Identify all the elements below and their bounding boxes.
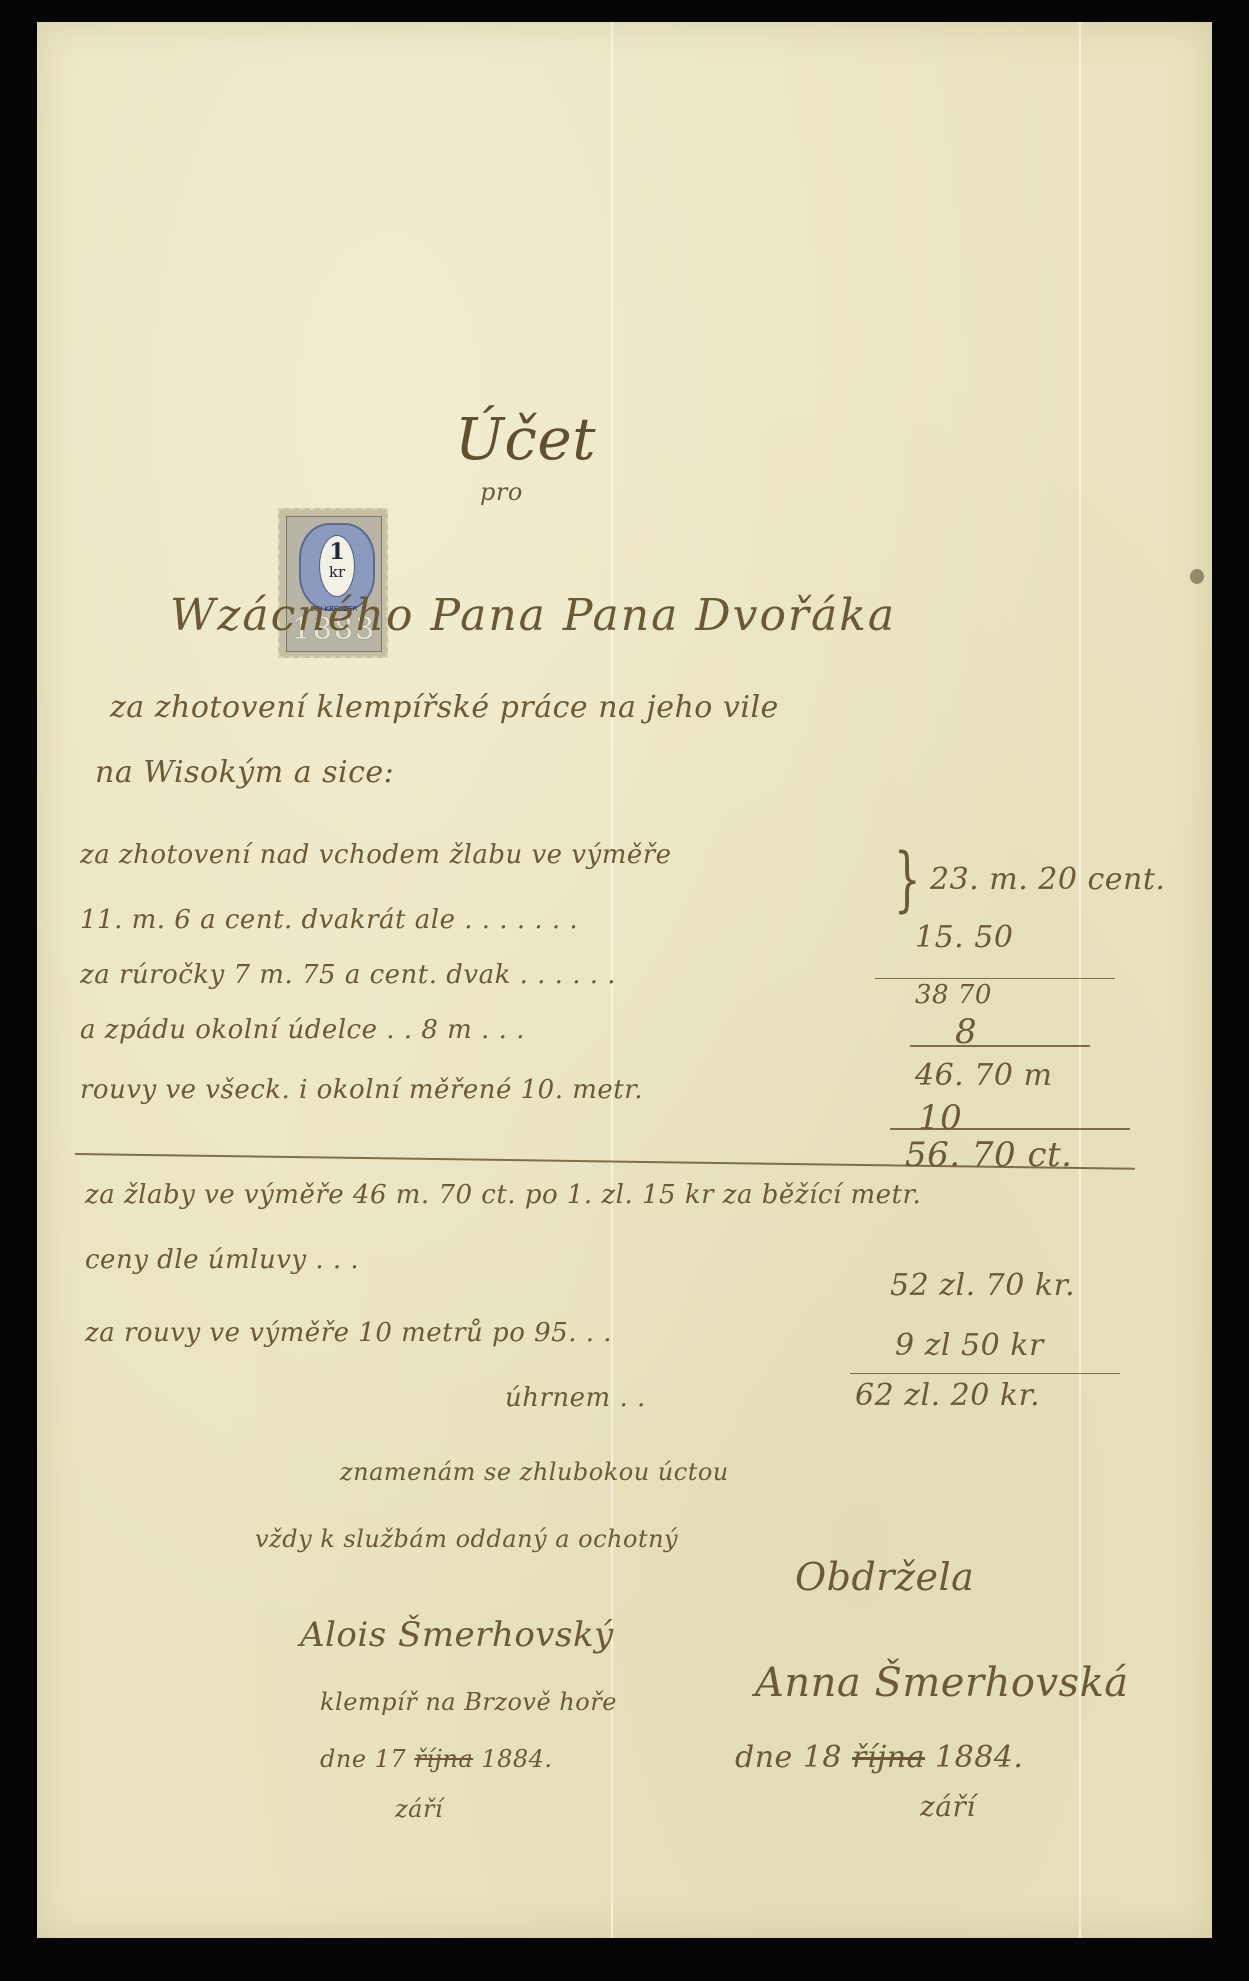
- sum-rule: [890, 1128, 1130, 1130]
- sum-rule: [875, 978, 1115, 979]
- intro-line-1: za zhotovení klempířské práce na jeho vi…: [110, 690, 779, 725]
- document-title: Účet: [455, 405, 596, 473]
- signer-date-prefix: dne 17: [320, 1745, 406, 1773]
- item-amount: 46. 70 m: [915, 1058, 1052, 1093]
- stamp-unit: kr: [320, 564, 354, 580]
- item-amount: 23. m. 20 cent.: [930, 862, 1165, 897]
- closing-line-2: vždy k službám oddaný a ochotný: [255, 1525, 678, 1553]
- item-description: 11. m. 6 a cent. dvakrát ale . . . . . .…: [80, 905, 578, 935]
- receiver-date-prefix: dne 18: [735, 1740, 842, 1775]
- signer-date-correction: září: [395, 1795, 443, 1823]
- receiver-date-correction: září: [920, 1790, 976, 1823]
- total-amount: 62 zl. 20 kr.: [855, 1378, 1040, 1413]
- total-rule: [850, 1373, 1120, 1374]
- signer-date: dne 17 října 1884.: [320, 1745, 553, 1773]
- stamp-value: 1: [320, 540, 354, 564]
- billing-amount: 9 zl 50 kr: [895, 1328, 1044, 1363]
- stamp-value-oval: 1 kr: [319, 535, 355, 597]
- ink-spot: [1190, 569, 1204, 584]
- billing-amount: 52 zl. 70 kr.: [890, 1268, 1075, 1303]
- receiver-date: dne 18 října 1884.: [735, 1740, 1023, 1775]
- item-description: a zpádu okolní údelce . . 8 m . . .: [80, 1015, 525, 1045]
- receiver-date-struck-month: října: [852, 1740, 925, 1775]
- receiver-name: Anna Šmerhovská: [755, 1660, 1129, 1706]
- billing-line: ceny dle úmluvy . . .: [85, 1245, 359, 1275]
- item-amount: 15. 50: [915, 920, 1013, 955]
- intro-line-2: na Wisokým a sice:: [95, 755, 394, 790]
- signer-date-struck-month: října: [414, 1745, 473, 1773]
- signer-name: Alois Šmerhovský: [300, 1615, 614, 1655]
- signer-date-year: 1884.: [481, 1745, 552, 1773]
- total-label: úhrnem . .: [505, 1383, 646, 1413]
- closing-line-1: znamenám se zhlubokou úctou: [340, 1458, 729, 1486]
- item-amount: 38 70: [915, 980, 992, 1010]
- receiver-date-year: 1884.: [935, 1740, 1023, 1775]
- subtotal-amount: 56. 70 ct.: [905, 1135, 1072, 1175]
- for-label: pro: [480, 478, 523, 506]
- billing-line: za žlaby ve výměře 46 m. 70 ct. po 1. zl…: [85, 1180, 921, 1210]
- fold-line: [1079, 22, 1081, 1938]
- sum-rule: [910, 1045, 1090, 1047]
- billing-line: za rouvy ve výměře 10 metrů po 95. . .: [85, 1318, 612, 1348]
- item-description: rouvy ve všeck. i okolní měřené 10. metr…: [80, 1075, 643, 1105]
- item-description: za rúročky 7 m. 75 a cent. dvak . . . . …: [80, 960, 616, 990]
- received-label: Obdržela: [795, 1555, 974, 1599]
- signer-title: klempíř na Brzově hoře: [320, 1688, 617, 1716]
- item-description: za zhotovení nad vchodem žlabu ve výměře: [80, 840, 672, 870]
- item-amount: 10: [918, 1098, 962, 1138]
- brace-icon: }: [894, 838, 921, 920]
- addressee: Wzácného Pana Pana Dvořáka: [170, 590, 896, 641]
